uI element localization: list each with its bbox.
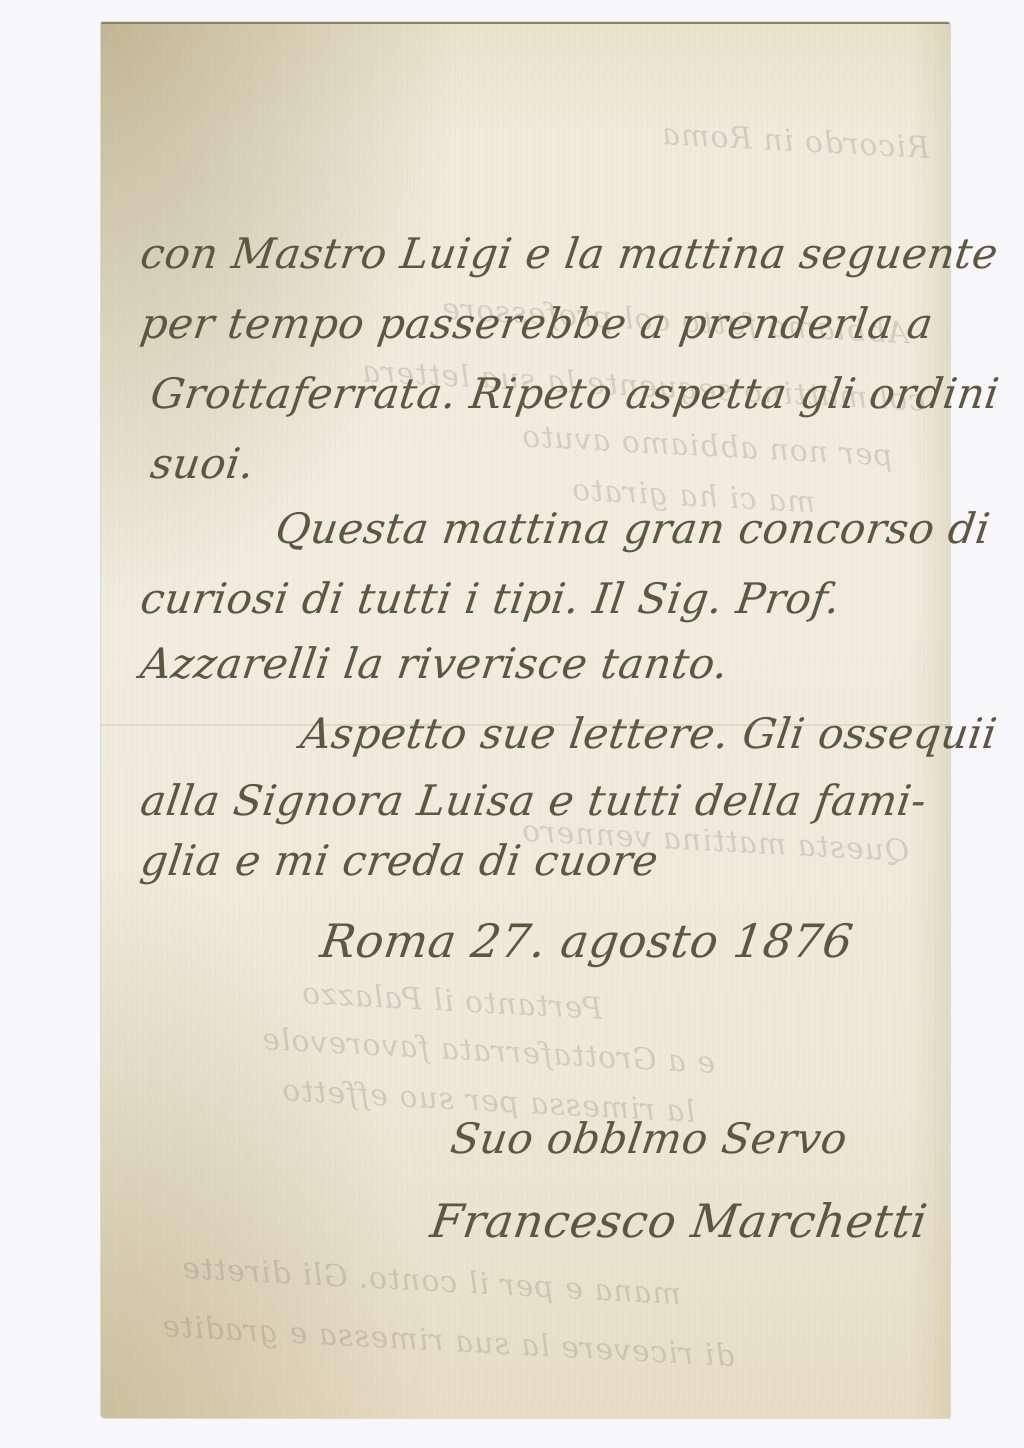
- letter-line: Questa mattina gran concorso di: [273, 504, 994, 553]
- bleed-through-heading: Ricordo in Roma: [660, 117, 930, 166]
- bleed-through-line: di ricevere la sua rimessa e gradite: [160, 1309, 735, 1374]
- bleed-through-line: per non abbiamo avuto: [520, 419, 893, 473]
- letter-line: Azzarelli la riverisce tanto.: [138, 639, 732, 688]
- letter-line: glia e mi creda di cuore: [138, 836, 662, 885]
- letter-sheet: Ricordo in Roma Abbiamo fatto col profes…: [101, 22, 950, 1418]
- letter-line: suoi.: [148, 439, 258, 488]
- signature: Francesco Marchetti: [427, 1194, 931, 1248]
- letter-line: con Mastro Luigi e la mattina seguente: [138, 229, 1002, 278]
- closing-salutation: Suo obblmo Servo: [448, 1114, 851, 1163]
- letter-line: per tempo passerebbe a prenderla a: [138, 299, 937, 348]
- bleed-through-line: Pertanto il Palazzo: [300, 976, 603, 1027]
- letter-line: curiosi di tutti i tipi. Il Sig. Prof.: [138, 574, 844, 623]
- letter-line: Grottaferrata. Ripeto aspetta gli ordini: [148, 369, 1003, 418]
- letter-line: alla Signora Luisa e tutti della fami-: [138, 776, 930, 825]
- dateline: Roma 27. agosto 1876: [317, 914, 856, 968]
- letter-line: Aspetto sue lettere. Gli ossequii: [298, 709, 1001, 758]
- bleed-through-line: e a Grottaferrata favorevole: [260, 1022, 716, 1081]
- bleed-through-line: mana e per il conto. Gli dirette: [180, 1251, 681, 1312]
